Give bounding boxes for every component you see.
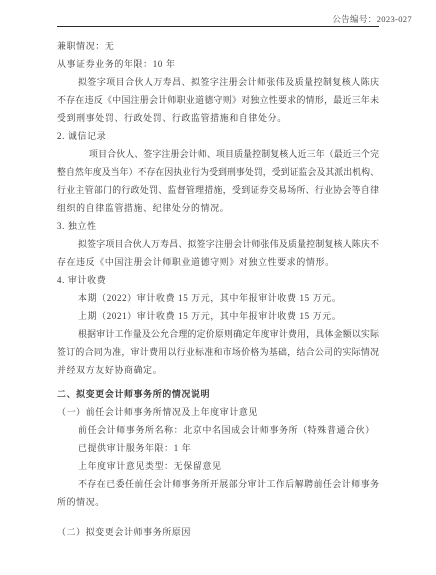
document-line: 本期（2022）审计收费 15 万元，其中年报审计收费 15 万元。	[57, 289, 379, 307]
document-line: 2. 诚信记录	[57, 127, 379, 145]
document-line: 上期（2021）审计收费 15 万元，其中年报审计收费 15 万元。	[57, 307, 379, 325]
document-line: 整自然年度及当年）不存在因执业行为受到刑事处罚，受到证监会及其派出机构、	[57, 163, 379, 181]
notice-number-label: 公告编号：2023-027	[332, 13, 412, 25]
document-line: 上年度审计意见类型：无保留意见	[57, 457, 379, 475]
document-body: 兼职情况：无从事证券业务的年限：10 年拟签字项目合伙人万寿昌、拟签字注册会计师…	[57, 37, 379, 541]
document-line: 根据审计工作量及公允合理的定价原则确定年度审计费用，具体金额以实际	[57, 325, 379, 343]
document-line: 受到刑事处罚、行政处罚、行政监管措施和自律处分。	[57, 109, 379, 127]
document-line: 拟签字项目合伙人万寿昌、拟签字注册会计师张伟及质量控制复核人陈庆	[57, 73, 379, 91]
document-line: 不存在已委任前任会计师事务所开展部分审计工作后解聘前任会计师事务	[57, 475, 379, 493]
document-line: 3. 独立性	[57, 217, 379, 235]
document-line: 拟签字项目合伙人万寿昌、拟签字注册会计师张伟及质量控制复核人陈庆不	[57, 235, 379, 253]
document-line: 项目合伙人、签字注册会计师、项目质量控制复核人近三年（最近三个完	[57, 145, 379, 163]
document-line: 行业主管部门的行政处罚、监督管理措施，受到证券交易场所、行业协会等自律	[57, 181, 379, 199]
document-line: 组织的自律监管措施、纪律处分的情况。	[57, 199, 379, 217]
document-line: 存在违反《中国注册会计师职业道德守则》对独立性要求的情形。	[57, 253, 379, 271]
document-line: 所的情况。	[57, 493, 379, 511]
document-line: 签订的合同为准，审计费用以行业标准和市场价格为基础，结合公司的实际情况	[57, 343, 379, 361]
document-line: 并经双方友好协商确定。	[57, 361, 379, 379]
document-page: 公告编号：2023-027 兼职情况：无从事证券业务的年限：10 年拟签字项目合…	[0, 0, 436, 575]
document-line: 已提供审计服务年限：1 年	[57, 439, 379, 457]
document-line: 前任会计师事务所名称：北京中名国成会计师事务所（特殊普通合伙）	[57, 421, 379, 439]
document-line: （一）前任会计师事务所情况及上年度审计意见	[57, 403, 379, 421]
document-line: 4. 审计收费	[57, 271, 379, 289]
header-divider	[57, 26, 379, 27]
document-line: 从事证券业务的年限：10 年	[57, 55, 379, 73]
document-line: 兼职情况：无	[57, 37, 379, 55]
document-line: 不存在违反《中国注册会计师职业道德守则》对独立性要求的情形，最近三年未	[57, 91, 379, 109]
section-heading: 二、拟变更会计师事务所的情况说明	[57, 385, 379, 403]
document-line: （二）拟变更会计师事务所原因	[57, 523, 379, 541]
